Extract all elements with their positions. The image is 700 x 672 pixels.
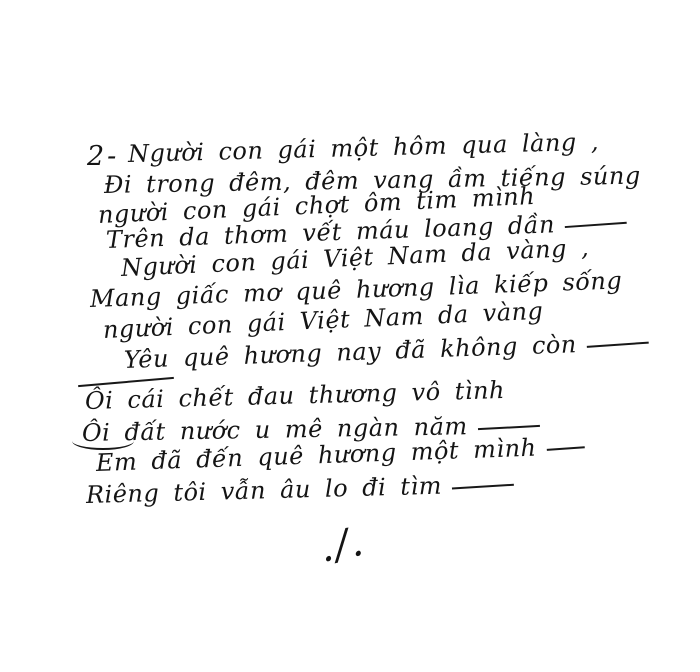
manuscript-line-text: Ôi cái chết đau thương vô tình (85, 376, 506, 415)
pen-flourish-line (565, 222, 627, 228)
pen-flourish-line (452, 484, 514, 490)
manuscript-line: Người con gái một hôm qua làng , (128, 129, 600, 168)
manuscript-line: Riêng tôi vẫn âu lo đi tìm (86, 471, 515, 509)
pen-flourish-line (546, 446, 584, 451)
manuscript-page: 2- Người con gái một hôm qua làng , Đi t… (0, 0, 700, 672)
manuscript-line-text: Người con gái một hôm qua làng , (128, 128, 600, 168)
verse-number-marker: 2- (87, 141, 119, 172)
end-of-text-mark: ./. (316, 518, 368, 571)
pen-flourish-line (478, 425, 540, 430)
manuscript-line: Ôi cái chết đau thương vô tình (85, 377, 506, 414)
manuscript-line-text: Riêng tôi vẫn âu lo đi tìm (86, 472, 443, 509)
pen-flourish-line (587, 342, 649, 348)
